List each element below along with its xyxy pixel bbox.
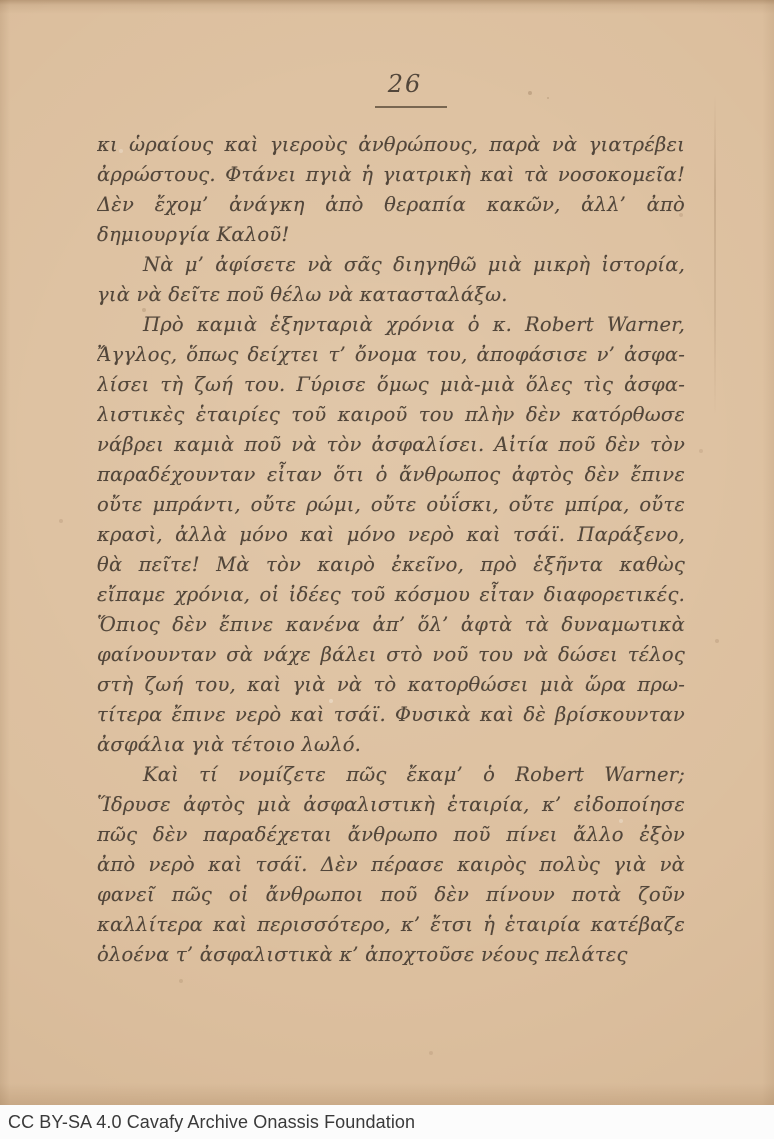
text-line: φαίνουνταν σὰ νάχε βάλει στὸ νοῦ του νὰ … bbox=[97, 640, 685, 670]
text-line: γιὰ νὰ δεῖτε ποῦ θέλω νὰ κατασταλάξω. bbox=[97, 280, 685, 310]
text-line: θὰ πεῖτε! Μὰ τὸν καιρὸ ἐκεῖνο, πρὸ ἑξῆντ… bbox=[97, 550, 685, 580]
text-line: καλλίτερα καὶ περισσότερο, κ’ ἔτσι ἡ ἑτα… bbox=[97, 910, 685, 940]
text-line: παραδέχουνταν εἶταν ὅτι ὁ ἄνθρωπος ἀφτὸς… bbox=[97, 460, 685, 490]
text-line: Ἵδρυσε ἀφτὸς μιὰ ἀσφαλιστικὴ ἑταιρία, κ’… bbox=[97, 790, 685, 820]
text-line: Δὲν ἔχομ’ ἀνάγκη ἀπὸ θεραπία κακῶν, ἀλλ’… bbox=[97, 190, 685, 220]
text-line: ἀσφάλια γιὰ τέτοιο λωλό. bbox=[97, 730, 685, 760]
text-line: Νὰ μ’ ἀφίσετε νὰ σᾶς διηγηθῶ μιὰ μικρὴ ἱ… bbox=[97, 250, 685, 280]
license-text: CC BY-SA 4.0 Cavafy Archive Onassis Foun… bbox=[0, 1112, 415, 1133]
text-line: τίτερα ἔπινε νερὸ καὶ τσάϊ. Φυσικὰ καὶ δ… bbox=[97, 700, 685, 730]
text-line: Ὅπιος δὲν ἔπινε κανένα ἀπ’ ὅλ’ ἀφτὰ τὰ δ… bbox=[97, 610, 685, 640]
text-line: Πρὸ καμιὰ ἑξηνταριὰ χρόνια ὁ κ. Robert W… bbox=[97, 310, 685, 340]
scanned-page: 26 κι ὡραίους καὶ γιεροὺς ἀνθρώπους, παρ… bbox=[0, 0, 774, 1105]
body-text: κι ὡραίους καὶ γιεροὺς ἀνθρώπους, παρὰ ν… bbox=[97, 130, 685, 970]
paper-crease bbox=[714, 95, 716, 415]
text-line: κι ὡραίους καὶ γιεροὺς ἀνθρώπους, παρὰ ν… bbox=[97, 130, 685, 160]
text-line: λιστικὲς ἑταιρίες τοῦ καιροῦ του πλὴν δὲ… bbox=[97, 400, 685, 430]
page-number: 26 bbox=[388, 70, 423, 98]
text-line: λίσει τὴ ζωή του. Γύρισε ὅμως μιὰ-μιὰ ὅλ… bbox=[97, 370, 685, 400]
text-line: ὁλοένα τ’ ἀσφαλιστικὰ κ’ ἀποχτοῦσε νέους… bbox=[97, 940, 685, 970]
text-line: στὴ ζωή του, καὶ γιὰ νὰ τὸ κατορθώσει μι… bbox=[97, 670, 685, 700]
text-line: φανεῖ πῶς οἱ ἄνθρωποι ποῦ δὲν πίνουν ποτ… bbox=[97, 880, 685, 910]
text-line: οὔτε μπράντι, οὔτε ρώμι, οὔτε οὐΐσκι, οὔ… bbox=[97, 490, 685, 520]
text-line: εἴπαμε χρόνια, οἱ ἰδέες τοῦ κόσμου εἶταν… bbox=[97, 580, 685, 610]
paper-speckles bbox=[0, 0, 2, 2]
text-line: δημιουργία Καλοῦ! bbox=[97, 220, 685, 250]
text-line: ἀρρώστους. Φτάνει πγιὰ ἡ γιατρικὴ καὶ τὰ… bbox=[97, 160, 685, 190]
text-line: κρασὶ, ἀλλὰ μόνο καὶ μόνο νερὸ καὶ τσάϊ.… bbox=[97, 520, 685, 550]
page-number-rule bbox=[375, 106, 447, 108]
text-line: πῶς δὲν παραδέχεται ἄνθρωπο ποῦ πίνει ἄλ… bbox=[97, 820, 685, 850]
page-number-wrap: 26 bbox=[18, 70, 774, 98]
text-line: ἀπὸ νερὸ καὶ τσάϊ. Δὲν πέρασε καιρὸς πολ… bbox=[97, 850, 685, 880]
text-line: Ἄγγλος, ὅπως δείχτει τ’ ὄνομα του, ἀποφά… bbox=[97, 340, 685, 370]
text-line: νάβρει καμιὰ ποῦ νὰ τὸν ἀσφαλίσει. Αἰτία… bbox=[97, 430, 685, 460]
text-line: Καὶ τί νομίζετε πῶς ἔκαμ’ ὁ Robert Warne… bbox=[97, 760, 685, 790]
license-bar: CC BY-SA 4.0 Cavafy Archive Onassis Foun… bbox=[0, 1105, 774, 1139]
